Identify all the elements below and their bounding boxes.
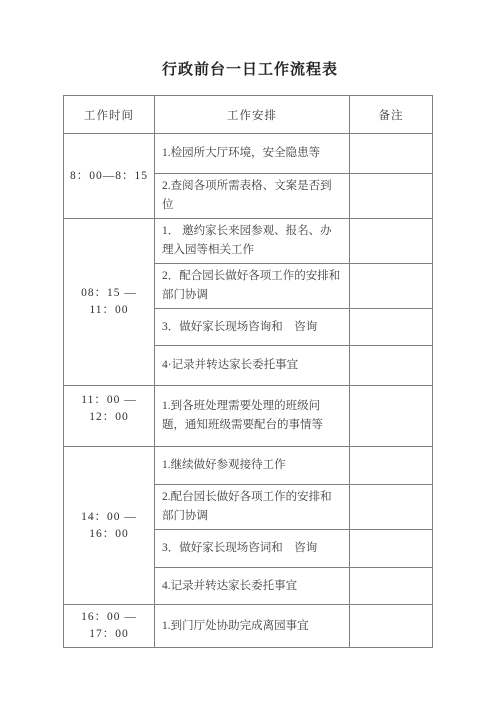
task-cell: 1． 邀约家长来园参观、报名、办理入园等相关工作 <box>155 219 350 264</box>
time-cell-group1: 8：00—8：15 <box>64 134 155 219</box>
page-title: 行政前台一日工作流程表 <box>0 58 500 79</box>
note-cell <box>350 530 433 568</box>
note-cell <box>350 264 433 309</box>
note-cell <box>350 174 433 219</box>
table-row: 11：00 — 12：00 1.到各班处理需要处理的班级问题，通知班级需要配台的… <box>64 386 433 447</box>
time-line-1: 11：00 — <box>64 392 154 409</box>
time-line-2: 17：00 <box>64 626 154 643</box>
time-cell-group3: 11：00 — 12：00 <box>64 386 155 447</box>
table-row: 14：00 — 16：00 1.继续做好参观接待工作 <box>64 447 433 485</box>
header-cell-notes: 备注 <box>350 96 433 134</box>
header-row: 工作时间 工作安排 备注 <box>64 96 433 134</box>
note-cell <box>350 485 433 530</box>
task-cell: 3．做好家长现场咨询和 咨询 <box>155 309 350 346</box>
time-line-2: 11：00 <box>64 302 154 319</box>
table-row: 16：00 — 17：00 1.到门厅处协助完成离园事宜 <box>64 605 433 648</box>
time-line-2: 12：00 <box>64 409 154 426</box>
note-cell <box>350 219 433 264</box>
table-row: 08：15 — 11：00 1． 邀约家长来园参观、报名、办理入园等相关工作 <box>64 219 433 264</box>
time-line-2: 16：00 <box>64 526 154 543</box>
task-cell: 1.到各班处理需要处理的班级问题，通知班级需要配台的事情等 <box>155 386 350 447</box>
schedule-table: 工作时间 工作安排 备注 8：00—8：15 1.检园所大厅环境，安全隐患等 2… <box>63 95 433 648</box>
header-cell-tasks: 工作安排 <box>155 96 350 134</box>
task-cell: 4·记录并转达家长委托事宜 <box>155 346 350 386</box>
time-line-1: 08：15 — <box>64 285 154 302</box>
time-line-1: 8：00—8：15 <box>64 168 154 185</box>
task-cell: 1.继续做好参观接待工作 <box>155 447 350 485</box>
time-line-1: 14：00 — <box>64 509 154 526</box>
task-cell: 2.查阅各项所需表格、文案是否到位 <box>155 174 350 219</box>
note-cell <box>350 568 433 605</box>
task-cell: 1.到门厅处协助完成离园事宜 <box>155 605 350 648</box>
task-cell: 2．配合园长做好各项工作的安排和部门协调 <box>155 264 350 309</box>
time-cell-group5: 16：00 — 17：00 <box>64 605 155 648</box>
task-cell: 1.检园所大厅环境，安全隐患等 <box>155 134 350 174</box>
note-cell <box>350 134 433 174</box>
task-cell: 4.记录并转达家长委托事宜 <box>155 568 350 605</box>
note-cell <box>350 309 433 346</box>
task-cell: 2.配台园长做好各项工作的安排和部门协调 <box>155 485 350 530</box>
time-cell-group4: 14：00 — 16：00 <box>64 447 155 605</box>
table-row: 8：00—8：15 1.检园所大厅环境，安全隐患等 <box>64 134 433 174</box>
note-cell <box>350 386 433 447</box>
note-cell <box>350 346 433 386</box>
task-cell: 3．做好家长现场咨词和 咨询 <box>155 530 350 568</box>
time-cell-group2: 08：15 — 11：00 <box>64 219 155 386</box>
header-cell-time: 工作时间 <box>64 96 155 134</box>
document-page: 行政前台一日工作流程表 工作时间 工作安排 备注 8：00—8：15 1.检园所… <box>0 0 500 708</box>
time-line-1: 16：00 — <box>64 609 154 626</box>
note-cell <box>350 605 433 648</box>
note-cell <box>350 447 433 485</box>
